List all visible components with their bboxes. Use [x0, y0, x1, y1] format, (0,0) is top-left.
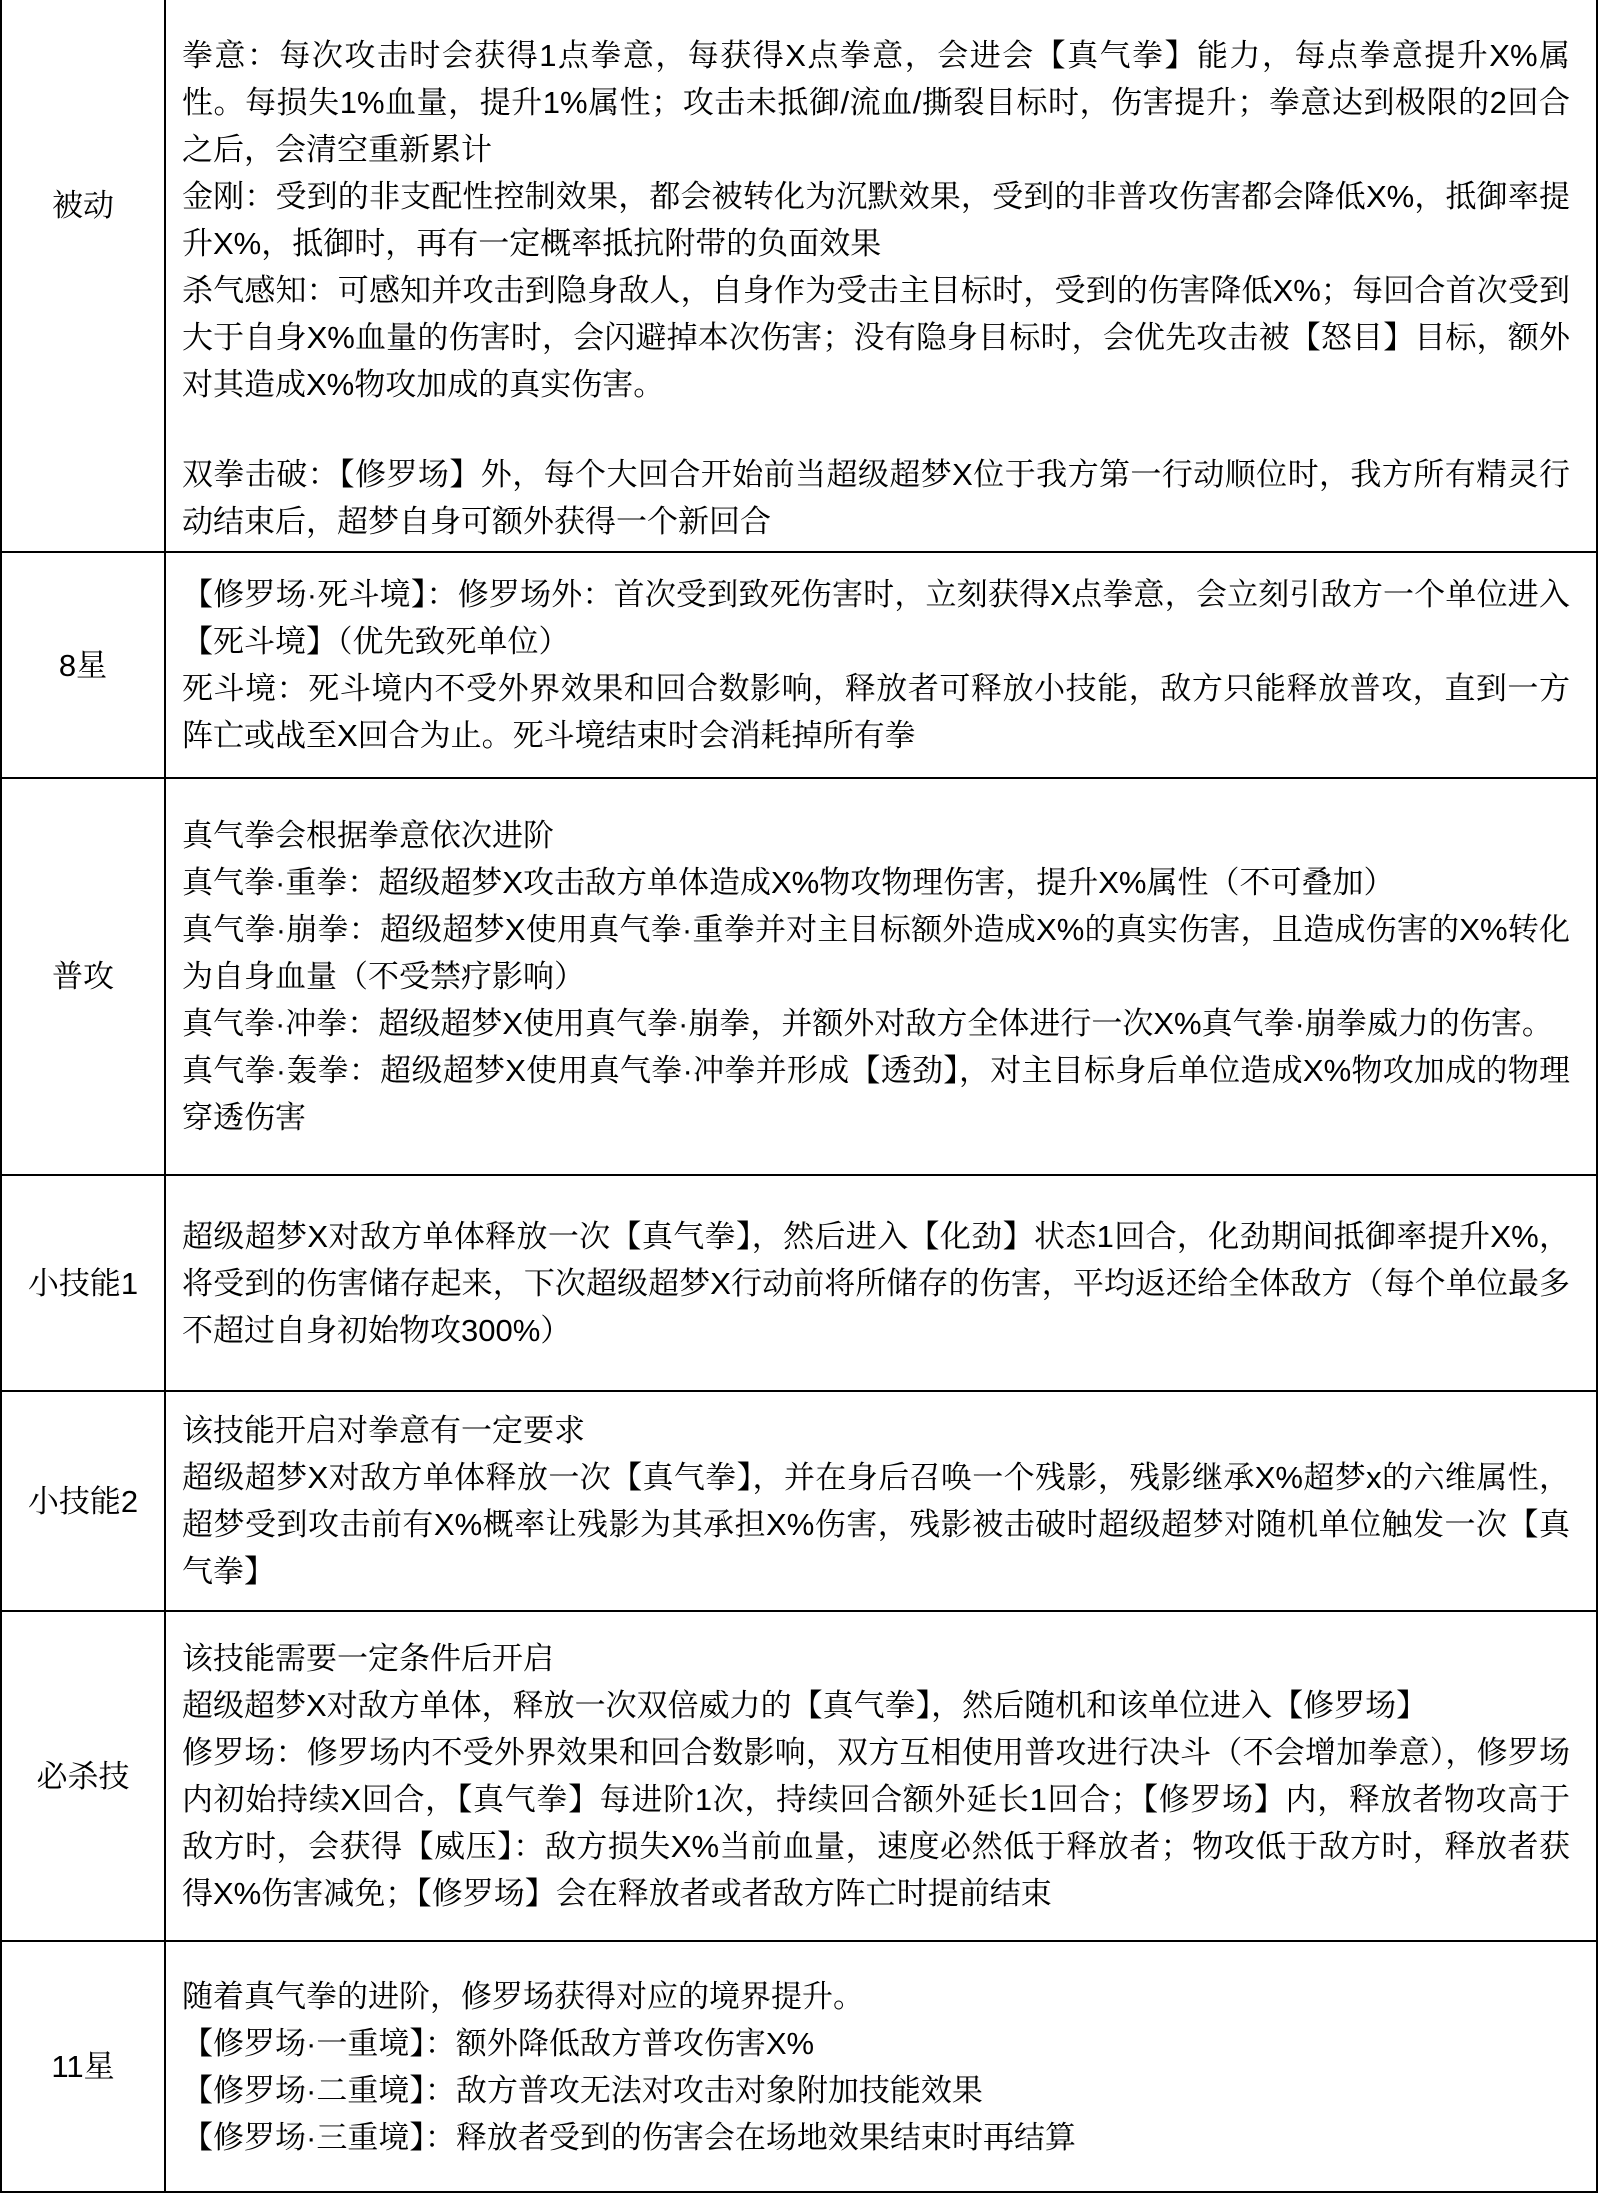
paragraph: 真气拳·轰拳：超级超梦X使用真气拳·冲拳并形成【透劲】，对主目标身后单位造成X%… — [182, 1047, 1570, 1141]
paragraph: 【修罗场·死斗境】：修罗场外：首次受到致死伤害时，立刻获得X点拳意，会立刻引敌方… — [182, 571, 1570, 665]
table-row: 必杀技 该技能需要一定条件后开启超级超梦X对敌方单体，释放一次双倍威力的【真气拳… — [2, 1612, 1596, 1942]
paragraph: 杀气感知：可感知并攻击到隐身敌人，自身作为受击主目标时，受到的伤害降低X%；每回… — [182, 267, 1570, 408]
paragraph: 超级超梦X对敌方单体释放一次【真气拳】，并在身后召唤一个残影，残影继承X%超梦x… — [182, 1454, 1570, 1595]
paragraph: 随着真气拳的进阶，修罗场获得对应的境界提升。 — [182, 1973, 1570, 2020]
row-label: 小技能2 — [2, 1392, 166, 1610]
paragraph: 真气拳·崩拳：超级超梦X使用真气拳·重拳并对主目标额外造成X%的真实伤害，且造成… — [182, 906, 1570, 1000]
table-row: 普攻 真气拳会根据拳意依次进阶真气拳·重拳：超级超梦X攻击敌方单体造成X%物攻物… — [2, 779, 1596, 1176]
row-content: 该技能开启对拳意有一定要求超级超梦X对敌方单体释放一次【真气拳】，并在身后召唤一… — [166, 1392, 1596, 1610]
paragraph: 真气拳会根据拳意依次进阶 — [182, 812, 1570, 859]
paragraph: 真气拳·冲拳：超级超梦X使用真气拳·崩拳，并额外对敌方全体进行一次X%真气拳·崩… — [182, 1000, 1570, 1047]
paragraph: 拳意：每次攻击时会获得1点拳意，每获得X点拳意，会进会【真气拳】能力，每点拳意提… — [182, 32, 1570, 173]
paragraph: 该技能开启对拳意有一定要求 — [182, 1407, 1570, 1454]
paragraph: 双拳击破：【修罗场】外，每个大回合开始前当超级超梦X位于我方第一行动顺位时，我方… — [182, 451, 1570, 545]
row-label: 小技能1 — [2, 1176, 166, 1390]
paragraph: 超级超梦X对敌方单体，释放一次双倍威力的【真气拳】，然后随机和该单位进入【修罗场… — [182, 1682, 1570, 1729]
paragraph: 该技能需要一定条件后开启 — [182, 1635, 1570, 1682]
paragraph: 修罗场：修罗场内不受外界效果和回合数影响，双方互相使用普攻进行决斗（不会增加拳意… — [182, 1729, 1570, 1917]
paragraph — [182, 408, 1570, 451]
table-row: 8星 【修罗场·死斗境】：修罗场外：首次受到致死伤害时，立刻获得X点拳意，会立刻… — [2, 553, 1596, 779]
row-content: 真气拳会根据拳意依次进阶真气拳·重拳：超级超梦X攻击敌方单体造成X%物攻物理伤害… — [166, 779, 1596, 1174]
row-content: 超级超梦X对敌方单体释放一次【真气拳】，然后进入【化劲】状态1回合，化劲期间抵御… — [166, 1176, 1596, 1390]
row-content: 【修罗场·死斗境】：修罗场外：首次受到致死伤害时，立刻获得X点拳意，会立刻引敌方… — [166, 553, 1596, 777]
row-label: 普攻 — [2, 779, 166, 1174]
paragraph: 超级超梦X对敌方单体释放一次【真气拳】，然后进入【化劲】状态1回合，化劲期间抵御… — [182, 1213, 1570, 1354]
paragraph: 金刚：受到的非支配性控制效果，都会被转化为沉默效果，受到的非普攻伤害都会降低X%… — [182, 173, 1570, 267]
paragraph: 死斗境：死斗境内不受外界效果和回合数影响，释放者可释放小技能，敌方只能释放普攻，… — [182, 665, 1570, 759]
row-content: 拳意：每次攻击时会获得1点拳意，每获得X点拳意，会进会【真气拳】能力，每点拳意提… — [166, 0, 1596, 551]
table-row: 小技能2 该技能开启对拳意有一定要求超级超梦X对敌方单体释放一次【真气拳】，并在… — [2, 1392, 1596, 1612]
row-content: 随着真气拳的进阶，修罗场获得对应的境界提升。【修罗场·一重境】：额外降低敌方普攻… — [166, 1942, 1596, 2191]
row-label: 11星 — [2, 1942, 166, 2191]
row-label: 8星 — [2, 553, 166, 777]
paragraph: 【修罗场·二重境】：敌方普攻无法对攻击对象附加技能效果 — [182, 2067, 1570, 2114]
paragraph: 【修罗场·一重境】：额外降低敌方普攻伤害X% — [182, 2020, 1570, 2067]
table-row: 被动 拳意：每次攻击时会获得1点拳意，每获得X点拳意，会进会【真气拳】能力，每点… — [2, 0, 1596, 553]
table-row: 11星 随着真气拳的进阶，修罗场获得对应的境界提升。【修罗场·一重境】：额外降低… — [2, 1942, 1596, 2191]
document-sheet: 被动 拳意：每次攻击时会获得1点拳意，每获得X点拳意，会进会【真气拳】能力，每点… — [0, 0, 1616, 2193]
row-label: 必杀技 — [2, 1612, 166, 1940]
row-content: 该技能需要一定条件后开启超级超梦X对敌方单体，释放一次双倍威力的【真气拳】，然后… — [166, 1612, 1596, 1940]
skill-table: 被动 拳意：每次攻击时会获得1点拳意，每获得X点拳意，会进会【真气拳】能力，每点… — [0, 0, 1598, 2193]
row-label: 被动 — [2, 0, 166, 551]
paragraph: 真气拳·重拳：超级超梦X攻击敌方单体造成X%物攻物理伤害，提升X%属性（不可叠加… — [182, 859, 1570, 906]
table-row: 小技能1 超级超梦X对敌方单体释放一次【真气拳】，然后进入【化劲】状态1回合，化… — [2, 1176, 1596, 1392]
paragraph: 【修罗场·三重境】：释放者受到的伤害会在场地效果结束时再结算 — [182, 2114, 1570, 2161]
